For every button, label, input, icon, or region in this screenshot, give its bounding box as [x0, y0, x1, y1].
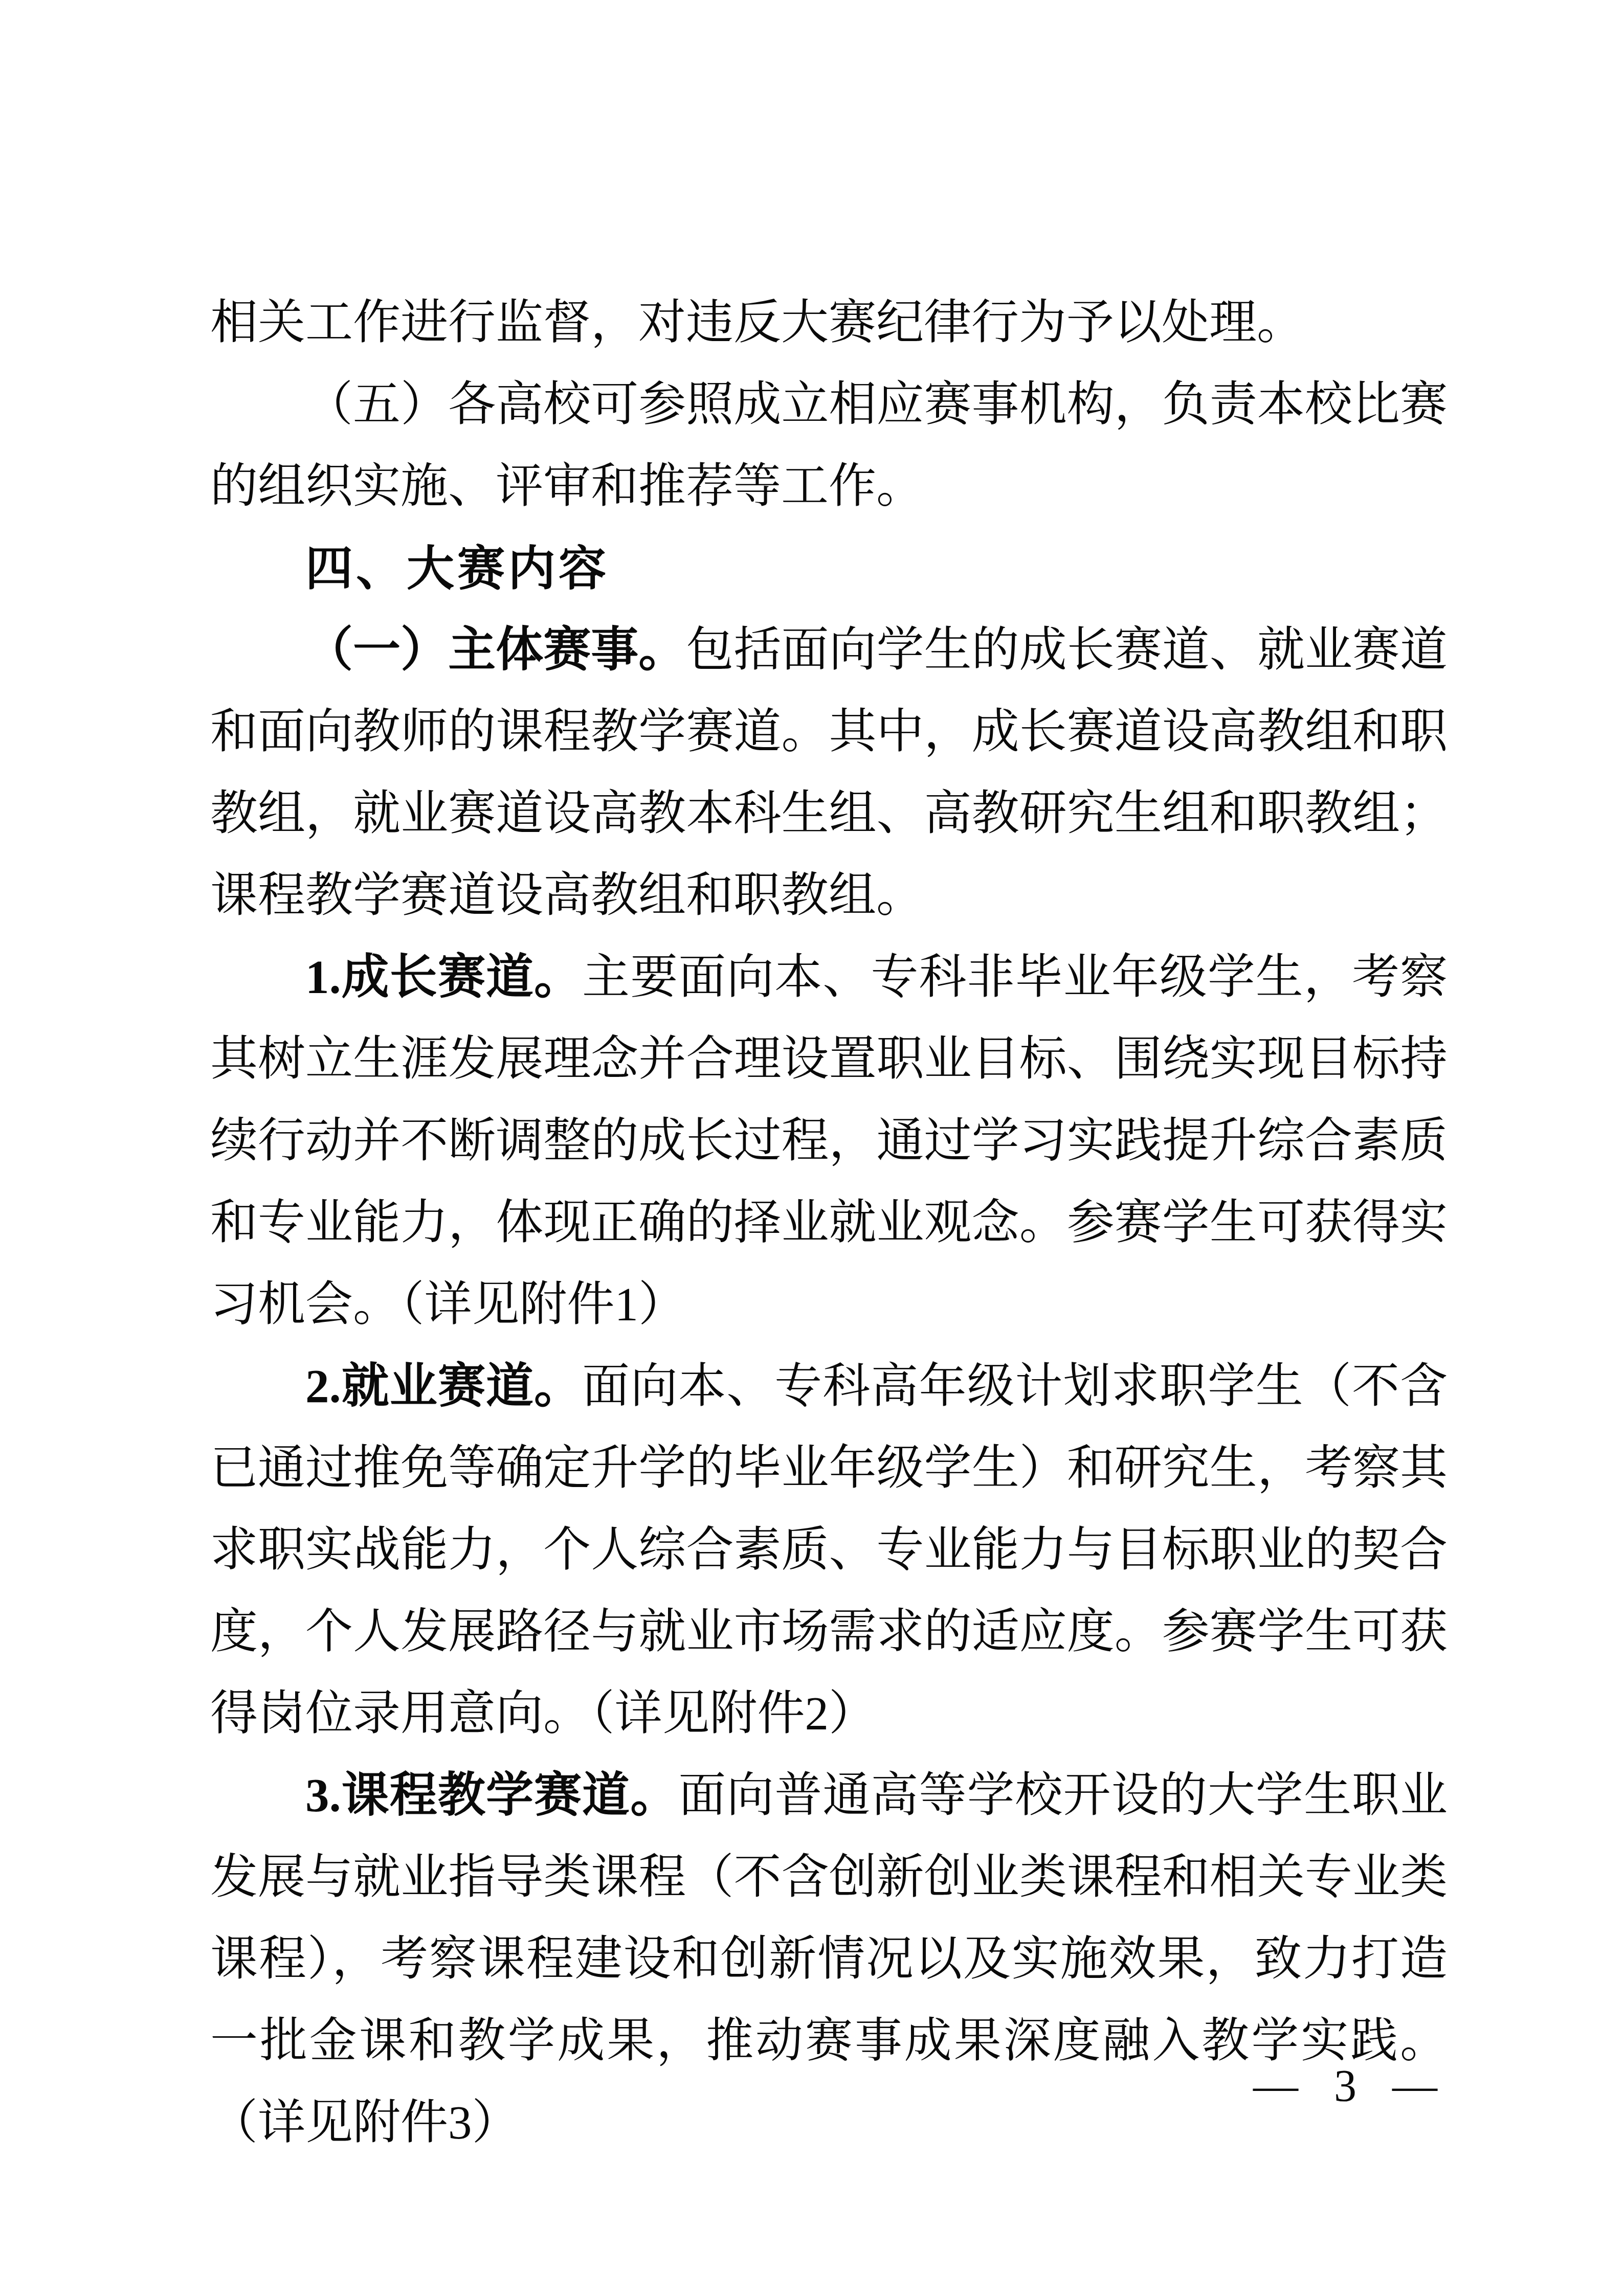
section-heading: 四、大赛内容: [210, 528, 1448, 610]
paragraph-text: （五）各高校可参照成立相应赛事机构，负责本校比赛的组织实施、评审和推荐等工作。: [210, 378, 1448, 513]
paragraph-lead: 2.就业赛道。: [305, 1360, 582, 1413]
paragraph-lead: （一）主体赛事。: [305, 624, 686, 677]
document-page: 相关工作进行监督，对违反大赛纪律行为予以处理。 （五）各高校可参照成立相应赛事机…: [0, 0, 1624, 2296]
paragraph-text: 主要面向本、专科非毕业年级学生，考察其树立生涯发展理念并合理设置职业目标、围绕实…: [210, 951, 1448, 1331]
paragraph-track-1: 1.成长赛道。主要面向本、专科非毕业年级学生，考察其树立生涯发展理念并合理设置职…: [210, 937, 1448, 1346]
paragraph-item-5: （五）各高校可参照成立相应赛事机构，负责本校比赛的组织实施、评审和推荐等工作。: [210, 364, 1448, 528]
paragraph-main-events: （一）主体赛事。包括面向学生的成长赛道、就业赛道和面向教师的课程教学赛道。其中，…: [210, 610, 1448, 937]
paragraph-text: 面向本、专科高年级计划求职学生（不含已通过推免等确定升学的毕业年级学生）和研究生…: [210, 1360, 1448, 1740]
paragraph-text: 相关工作进行监督，对违反大赛纪律行为予以处理。: [210, 297, 1304, 349]
paragraph-track-2: 2.就业赛道。面向本、专科高年级计划求职学生（不含已通过推免等确定升学的毕业年级…: [210, 1346, 1448, 1755]
page-number: — 3 —: [1253, 2056, 1442, 2117]
paragraph-continuation: 相关工作进行监督，对违反大赛纪律行为予以处理。: [210, 282, 1448, 364]
document-body: 相关工作进行监督，对违反大赛纪律行为予以处理。 （五）各高校可参照成立相应赛事机…: [210, 282, 1448, 2164]
paragraph-lead: 3.课程教学赛道。: [305, 1769, 678, 1822]
section-heading-text: 四、大赛内容: [305, 542, 609, 595]
paragraph-lead: 1.成长赛道。: [305, 951, 582, 1004]
